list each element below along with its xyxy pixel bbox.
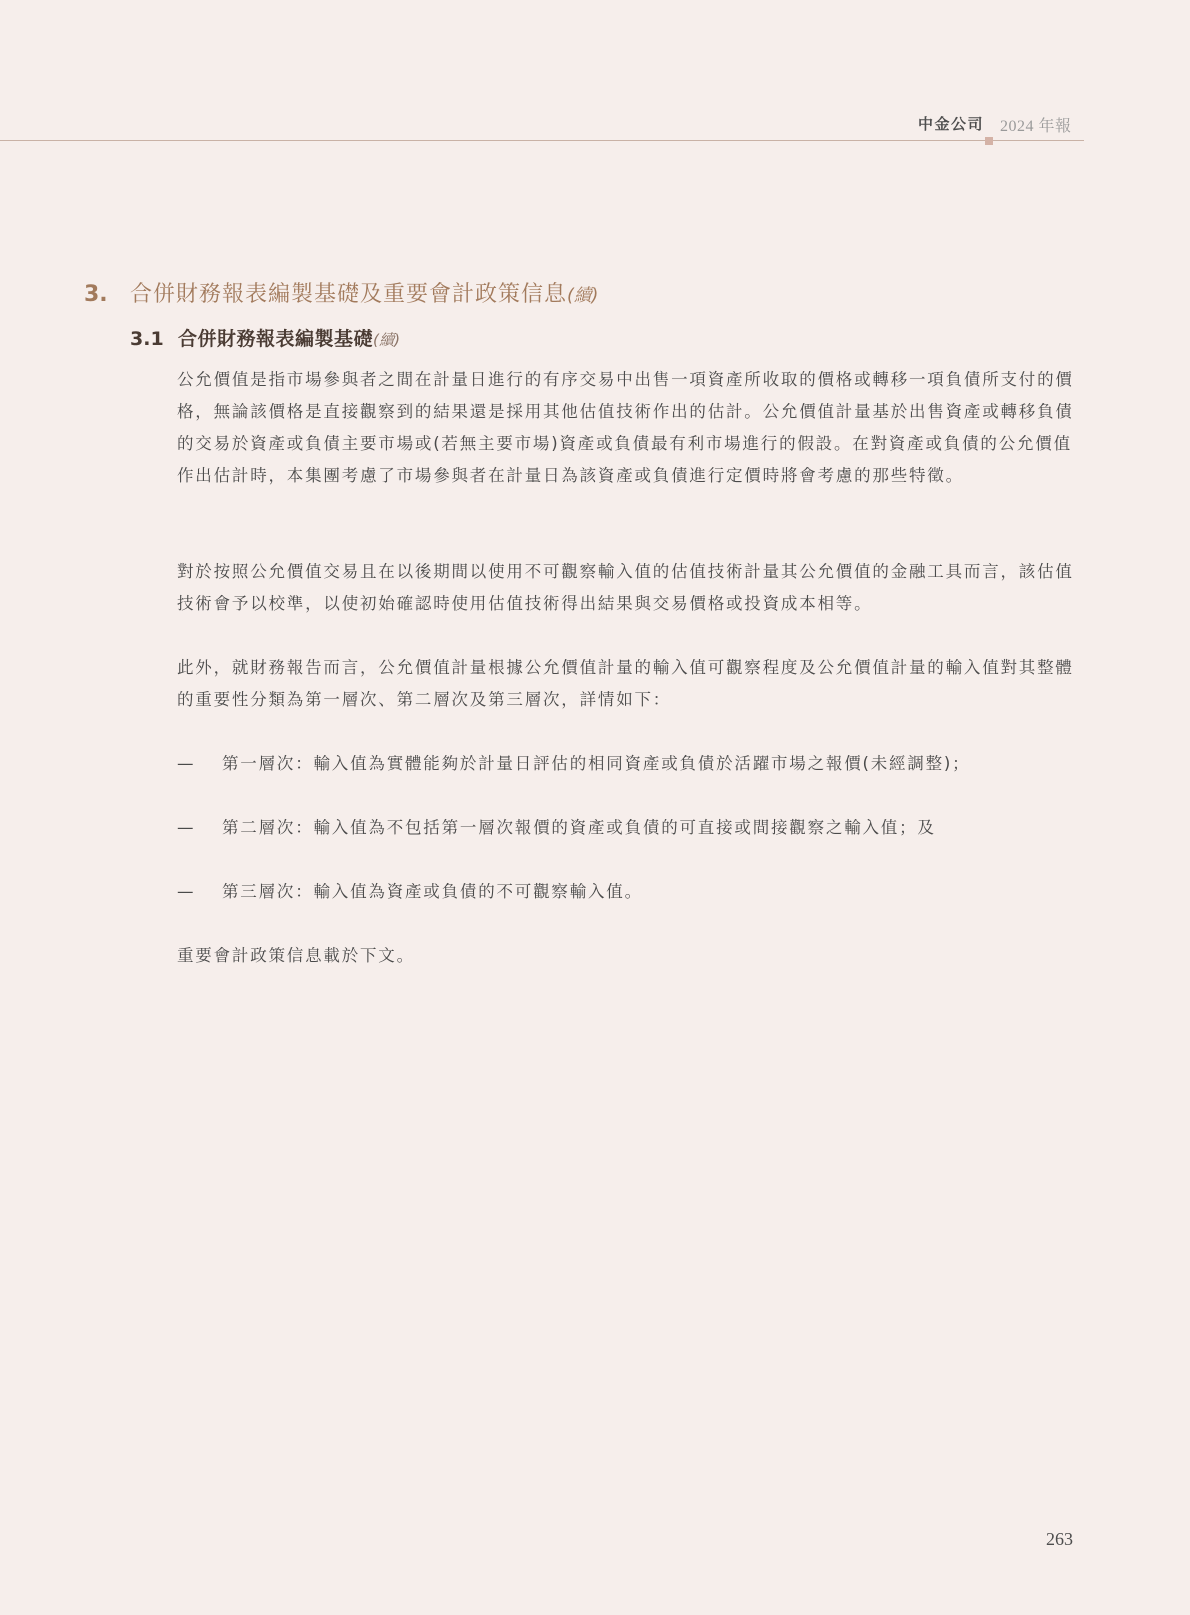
section-heading: 3.合併財務報表編製基礎及重要會計政策信息(續) <box>84 277 598 308</box>
subsection-continued-label: (續) <box>373 331 400 349</box>
paragraph-closing: 重要會計政策信息載於下文。 <box>177 940 1077 972</box>
dash-bullet-icon: — <box>177 812 222 844</box>
dash-bullet-icon: — <box>177 876 222 908</box>
header-rule <box>0 140 1084 141</box>
subsection-title: 合併財務報表編製基礎 <box>178 328 373 350</box>
header-company-name: 中金公司 <box>918 113 984 134</box>
header-accent-square <box>985 137 993 145</box>
subsection-heading: 3.1合併財務報表編製基礎(續) <box>130 324 400 351</box>
paragraph-valuation-calibration: 對於按照公允價值交易且在以後期間以使用不可觀察輸入值的估值技術計量其公允價值的金… <box>177 556 1077 620</box>
list-item-text: 第三層次：輸入值為資產或負債的不可觀察輸入值。 <box>222 882 643 901</box>
page-number: 263 <box>1046 1529 1073 1550</box>
list-item-text: 第二層次：輸入值為不包括第一層次報價的資產或負債的可直接或間接觀察之輸入值；及 <box>222 818 936 837</box>
header-report-title: 2024 年報 <box>1000 113 1072 136</box>
list-item-level-3: —第三層次：輸入值為資產或負債的不可觀察輸入值。 <box>177 876 643 908</box>
list-item-level-2: —第二層次：輸入值為不包括第一層次報價的資產或負債的可直接或間接觀察之輸入值；及 <box>177 812 936 844</box>
dash-bullet-icon: — <box>177 748 222 780</box>
list-item-level-1: —第一層次：輸入值為實體能夠於計量日評估的相同資產或負債於活躍市場之報價(未經調… <box>177 748 970 780</box>
paragraph-fair-value-definition: 公允價值是指市場參與者之間在計量日進行的有序交易中出售一項資產所收取的價格或轉移… <box>177 364 1077 492</box>
section-continued-label: (續) <box>567 286 598 306</box>
subsection-number: 3.1 <box>130 328 178 350</box>
section-title: 合併財務報表編製基礎及重要會計政策信息 <box>130 282 567 307</box>
list-item-text: 第一層次：輸入值為實體能夠於計量日評估的相同資產或負債於活躍市場之報價(未經調整… <box>222 754 970 773</box>
paragraph-hierarchy-intro: 此外，就財務報告而言，公允價值計量根據公允價值計量的輸入值可觀察程度及公允價值計… <box>177 652 1077 716</box>
section-number: 3. <box>84 282 130 307</box>
